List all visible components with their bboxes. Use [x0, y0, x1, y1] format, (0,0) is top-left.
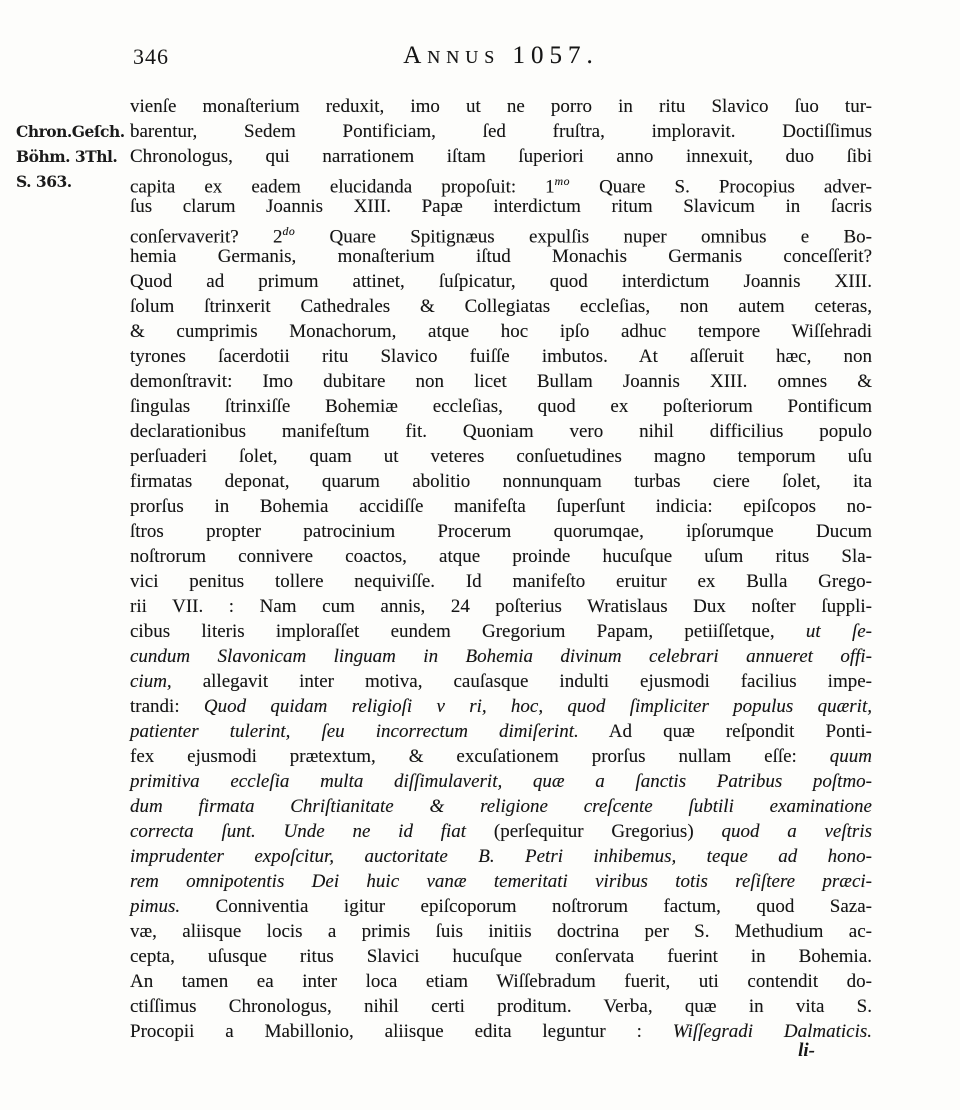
italic-text-segment: primitiva eccleſia multa diſſimulaverit,… [130, 771, 872, 792]
italic-text-segment: pimus. [130, 896, 180, 917]
text-segment: cibus literis imploraſſet eundem Gregori… [130, 621, 806, 642]
margin-citation-line: S. 363. [16, 169, 130, 194]
text-line: dum firmata Chriſtianitate & religione c… [130, 794, 872, 819]
body-text: vienſe monaſterium reduxit, imo ut ne po… [130, 94, 872, 1044]
text-line: correcta ſunt. Unde ne id fiat (perſequi… [130, 819, 872, 844]
text-line: cundum Slavonicam linguam in Bohemia div… [130, 644, 872, 669]
text-line: perſuaderi ſolet, quam ut veteres conſue… [130, 444, 872, 469]
text-line: imprudenter expoſcitur, auctoritate B. P… [130, 844, 872, 869]
catchword-text: li- [798, 1040, 815, 1062]
italic-text-segment: correcta ſunt. Unde ne id fiat [130, 821, 494, 842]
text-line: rii VII. : Nam cum annis, 24 poſterius W… [130, 594, 872, 619]
text-segment: Quod ad primum attinet, ſuſpicatur, quod… [130, 271, 872, 292]
text-line: cibus literis imploraſſet eundem Gregori… [130, 619, 872, 644]
text-segment: (perſequitur Gregorius) [494, 821, 722, 842]
text-segment: ſus clarum Joannis XIII. Papæ interdictu… [130, 196, 872, 217]
text-line: patienter tulerint, ſeu incorrectum dimi… [130, 719, 872, 744]
margin-citation-line: Chron.Geſch. [16, 119, 130, 144]
text-line: An tamen ea inter loca etiam Wiſſebradum… [130, 969, 872, 994]
text-line: ſolum ſtrinxerit Cathedrales & Collegiat… [130, 294, 872, 319]
text-segment: & cumprimis Monachorum, atque hoc ipſo a… [130, 321, 872, 342]
text-segment: cepta, uſusque ritus Slavici hucuſque co… [130, 946, 872, 967]
italic-text-segment: quod a veſtris [721, 821, 872, 842]
text-line: cium, allegavit inter motiva, cauſasque … [130, 669, 872, 694]
italic-text-segment: ut ſe- [806, 621, 872, 642]
text-line: væ, aliisque locis a primis ſuis initiis… [130, 919, 872, 944]
scanned-book-page: 346 Annus 1057. Chron.Geſch. Böhm. 3Thl.… [0, 0, 960, 1110]
running-head: Annus 1057. [130, 42, 872, 70]
text-line: Chronologus, qui narrationem iſtam ſuper… [130, 144, 872, 169]
text-segment: ſolum ſtrinxerit Cathedrales & Collegiat… [130, 296, 872, 317]
catchword: li- [130, 1040, 872, 1062]
text-line: ſingulas ſtrinxiſſe Bohemiæ eccleſias, q… [130, 394, 872, 419]
text-line: Quod ad primum attinet, ſuſpicatur, quod… [130, 269, 872, 294]
text-line: tyrones ſacerdotii ritu Slavico fuiſſe i… [130, 344, 872, 369]
text-line: vienſe monaſterium reduxit, imo ut ne po… [130, 94, 872, 119]
text-segment: fex ejusmodi prætextum, & excuſationem p… [130, 746, 830, 767]
superscript-ordinal: mo [555, 175, 570, 188]
text-segment: ſingulas ſtrinxiſſe Bohemiæ eccleſias, q… [130, 396, 872, 417]
text-line: ſus clarum Joannis XIII. Papæ interdictu… [130, 194, 872, 219]
text-line: conſervaverit? 2do Quare Spitignæus expu… [130, 219, 872, 244]
text-segment: demonſtravit: Imo dubitare non licet Bul… [130, 371, 872, 392]
text-segment: perſuaderi ſolet, quam ut veteres conſue… [130, 446, 872, 467]
italic-text-segment: cundum Slavonicam linguam in Bohemia div… [130, 646, 872, 667]
text-segment: rii VII. : Nam cum annis, 24 poſterius W… [130, 596, 872, 617]
margin-citation: Chron.Geſch. Böhm. 3Thl. S. 363. [16, 119, 130, 194]
italic-text-segment: dum firmata Chriſtianitate & religione c… [130, 796, 872, 817]
text-line: vici penitus tollere nequiviſſe. Id mani… [130, 569, 872, 594]
text-line: rem omnipotentis Dei huic vanæ temeritat… [130, 869, 872, 894]
text-line: & cumprimis Monachorum, atque hoc ipſo a… [130, 319, 872, 344]
text-line: fex ejusmodi prætextum, & excuſationem p… [130, 744, 872, 769]
text-line: capita ex eadem elucidanda propoſuit: 1m… [130, 169, 872, 194]
text-segment: declarationibus manifeſtum fit. Quoniam … [130, 421, 872, 442]
italic-text-segment: Wiſſegradi Dalmaticis. [673, 1021, 872, 1042]
text-segment: ſtros propter patrocinium Procerum quoru… [130, 521, 872, 542]
text-line: firmatas deponat, quarum abolitio nonnun… [130, 469, 872, 494]
text-segment: barentur, Sedem Pontificiam, ſed fruſtra… [130, 121, 872, 142]
text-line: noſtrorum connivere coactos, atque proin… [130, 544, 872, 569]
text-segment: tyrones ſacerdotii ritu Slavico fuiſſe i… [130, 346, 872, 367]
text-segment: vienſe monaſterium reduxit, imo ut ne po… [130, 96, 872, 117]
superscript-ordinal: do [282, 225, 295, 238]
text-segment: firmatas deponat, quarum abolitio nonnun… [130, 471, 872, 492]
text-segment: Procopii a Mabillonio, aliisque edita le… [130, 1021, 673, 1042]
text-line: cepta, uſusque ritus Slavici hucuſque co… [130, 944, 872, 969]
text-segment: prorſus in Bohemia accidiſſe manifeſta ſ… [130, 496, 872, 517]
text-line: prorſus in Bohemia accidiſſe manifeſta ſ… [130, 494, 872, 519]
text-segment: An tamen ea inter loca etiam Wiſſebradum… [130, 971, 872, 992]
text-line: hemia Germanis, monaſterium iſtud Monach… [130, 244, 872, 269]
text-line: ctiſſimus Chronologus, nihil certi prodi… [130, 994, 872, 1019]
italic-text-segment: rem omnipotentis Dei huic vanæ temeritat… [130, 871, 872, 892]
italic-text-segment: cium, [130, 671, 172, 692]
text-segment: allegavit inter motiva, cauſasque indult… [172, 671, 872, 692]
text-segment: noſtrorum connivere coactos, atque proin… [130, 546, 872, 567]
text-segment: væ, aliisque locis a primis ſuis initiis… [130, 921, 872, 942]
text-line: ſtros propter patrocinium Procerum quoru… [130, 519, 872, 544]
text-line: primitiva eccleſia multa diſſimulaverit,… [130, 769, 872, 794]
text-line: declarationibus manifeſtum fit. Quoniam … [130, 419, 872, 444]
text-segment: Ad quæ reſpondit Ponti- [579, 721, 872, 742]
text-segment: Conniventia igitur epiſcoporum noſtrorum… [180, 896, 872, 917]
text-segment: ctiſſimus Chronologus, nihil certi prodi… [130, 996, 872, 1017]
italic-text-segment: imprudenter expoſcitur, auctoritate B. P… [130, 846, 872, 867]
text-line: pimus. Conniventia igitur epiſcoporum no… [130, 894, 872, 919]
text-line: trandi: Quod quidam religioſi v ri, hoc,… [130, 694, 872, 719]
text-segment: Chronologus, qui narrationem iſtam ſuper… [130, 146, 872, 167]
text-segment: hemia Germanis, monaſterium iſtud Monach… [130, 246, 872, 267]
text-segment: vici penitus tollere nequiviſſe. Id mani… [130, 571, 872, 592]
text-line: demonſtravit: Imo dubitare non licet Bul… [130, 369, 872, 394]
text-segment: trandi: [130, 696, 204, 717]
italic-text-segment: patienter tulerint, ſeu incorrectum dimi… [130, 721, 579, 742]
text-line: barentur, Sedem Pontificiam, ſed fruſtra… [130, 119, 872, 144]
margin-citation-line: Böhm. 3Thl. [16, 144, 130, 169]
italic-text-segment: quum [830, 746, 872, 767]
italic-text-segment: Quod quidam religioſi v ri, hoc, quod ſi… [204, 696, 872, 717]
